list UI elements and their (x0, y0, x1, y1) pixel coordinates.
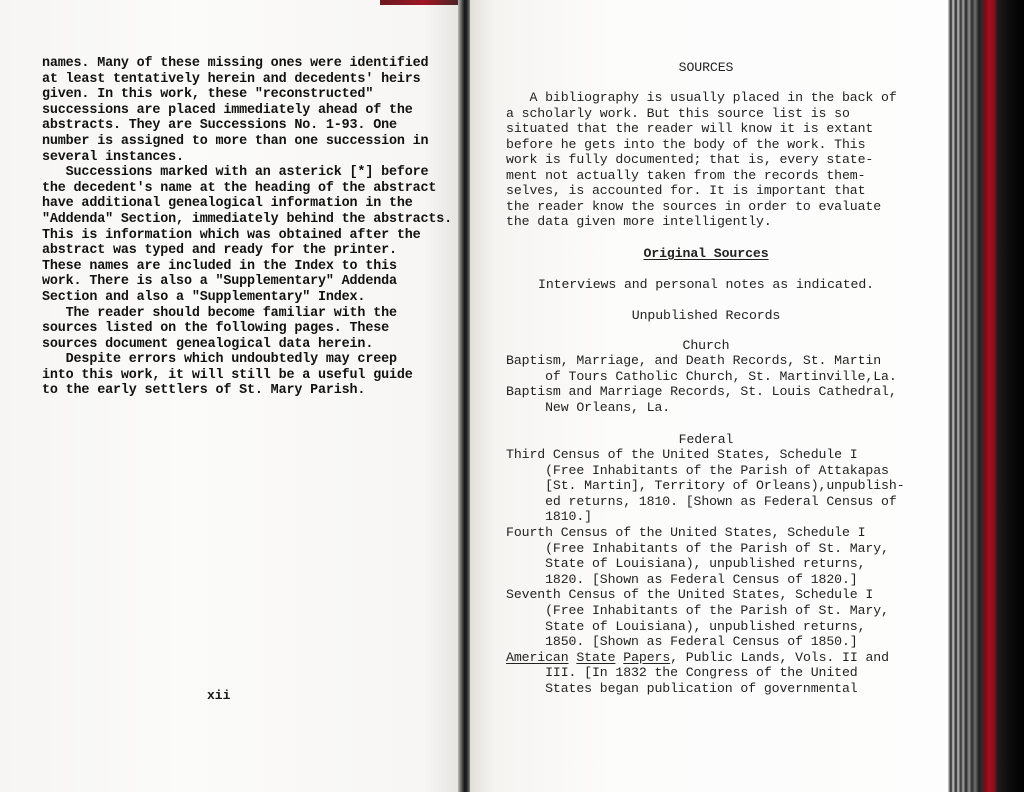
asp-entry-rest: , Public Lands, Vols. II and (670, 650, 889, 665)
text-line: sources listed on the following pages. T… (42, 321, 452, 337)
church-entry-line: Baptism and Marriage Records, St. Louis … (506, 384, 897, 400)
federal-entry-line: (Free Inhabitants of the Parish of Attak… (506, 463, 889, 479)
text-line: ment not actually taken from the records… (506, 168, 865, 184)
text-line: names. Many of these missing ones were i… (42, 56, 452, 72)
federal-entry-line: (Free Inhabitants of the Parish of St. M… (506, 603, 889, 619)
text-line: sources document genealogical data herei… (42, 337, 452, 353)
text-line: abstracts. They are Successions No. 1-93… (42, 118, 452, 134)
asp-entry-line: III. [In 1832 the Congress of the United (506, 665, 858, 681)
text-line: "Addenda" Section, immediately behind th… (42, 212, 452, 228)
church-entry-line: Baptism, Marriage, and Death Records, St… (506, 353, 881, 369)
federal-entry-line: 1810.] (506, 509, 592, 525)
interviews-note: Interviews and personal notes as indicat… (506, 277, 906, 293)
text-line: work. There is also a "Supplementary" Ad… (42, 274, 452, 290)
federal-entry-line: Seventh Census of the United States, Sch… (506, 587, 873, 603)
federal-entry-line: Third Census of the United States, Sched… (506, 447, 858, 463)
text-line: The reader should become familiar with t… (42, 306, 452, 322)
federal-entry-line: Fourth Census of the United States, Sche… (506, 525, 865, 541)
section-title: SOURCES (506, 60, 906, 76)
text-line: Despite errors which undoubtedly may cre… (42, 352, 452, 368)
federal-entry-line: (Free Inhabitants of the Parish of St. M… (506, 541, 889, 557)
text-line: Section and also a "Supplementary" Index… (42, 290, 452, 306)
text-line: Successions marked with an asterick [*] … (42, 165, 452, 181)
federal-entry-line: 1820. [Shown as Federal Census of 1820.] (506, 572, 858, 588)
text-line: have additional genealogical information… (42, 196, 452, 212)
church-entry-line: of Tours Catholic Church, St. Martinvill… (506, 369, 897, 385)
asp-entry-line: American State Papers, Public Lands, Vol… (506, 650, 889, 666)
federal-entry-line: State of Louisiana), unpublished returns… (506, 556, 865, 572)
original-sources-heading: Original Sources (506, 246, 906, 262)
text-line: given. In this work, these "reconstructe… (42, 87, 452, 103)
underlined-title-word: State (576, 650, 615, 665)
federal-entry-line: ed returns, 1810. [Shown as Federal Cens… (506, 494, 897, 510)
left-page: names. Many of these missing ones were i… (0, 0, 460, 792)
text-line: number is assigned to more than one succ… (42, 134, 452, 150)
text-line: abstract was typed and ready for the pri… (42, 243, 452, 259)
federal-heading: Federal (506, 432, 906, 448)
spine-top-decoration (380, 0, 470, 5)
page-edges (948, 0, 1024, 792)
text-line: successions are placed immediately ahead… (42, 103, 452, 119)
text-line: situated that the reader will know it is… (506, 121, 873, 137)
asp-entry-line: States began publication of governmental (506, 681, 858, 697)
text-line: These names are included in the Index to… (42, 259, 452, 275)
text-line: a scholarly work. But this source list i… (506, 106, 850, 122)
text-line: before he gets into the body of the work… (506, 137, 865, 153)
text-line: at least tentatively herein and decedent… (42, 72, 452, 88)
text-line: several instances. (42, 150, 452, 166)
federal-entry-line: [St. Martin], Territory of Orleans),unpu… (506, 478, 905, 494)
text-line: into this work, it will still be a usefu… (42, 368, 452, 384)
text-line: the reader know the sources in order to … (506, 199, 881, 215)
underlined-title-word: American (506, 650, 569, 665)
left-page-body: names. Many of these missing ones were i… (42, 56, 452, 399)
text-line: This is information which was obtained a… (42, 228, 452, 244)
text-line: selves, is accounted for. It is importan… (506, 183, 865, 199)
text-line: work is fully documented; that is, every… (506, 152, 873, 168)
church-entry-line: New Orleans, La. (506, 400, 670, 416)
church-heading: Church (506, 338, 906, 354)
text-line: the decedent's name at the heading of th… (42, 181, 452, 197)
federal-entry-line: 1850. [Shown as Federal Census of 1850.] (506, 634, 858, 650)
text-line: A bibliography is usually placed in the … (506, 90, 897, 106)
unpublished-heading: Unpublished Records (506, 308, 906, 324)
underlined-title-word: Papers (623, 650, 670, 665)
page-number-left: xii (207, 688, 230, 703)
text-line: the data given more intelligently. (506, 214, 772, 230)
federal-entry-line: State of Louisiana), unpublished returns… (506, 619, 865, 635)
text-line: to the early settlers of St. Mary Parish… (42, 383, 452, 399)
